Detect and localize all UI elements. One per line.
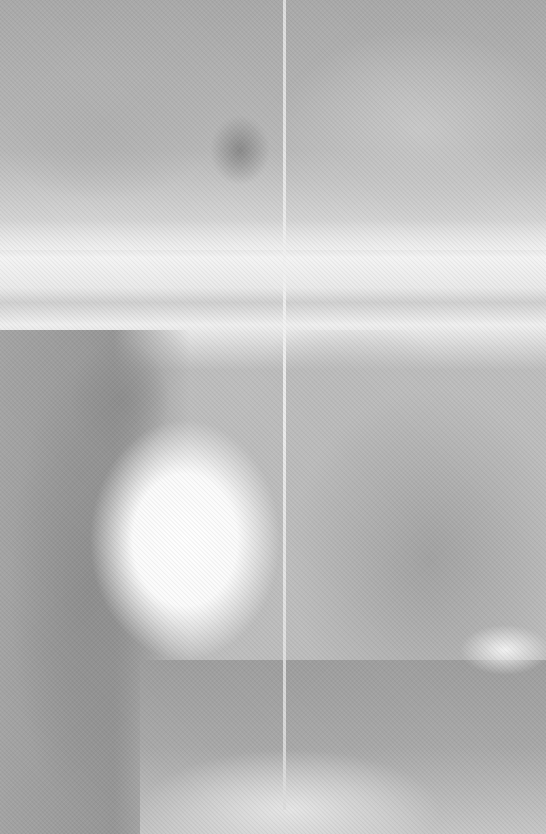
halftone-grain	[0, 0, 546, 834]
photograph	[0, 0, 546, 834]
